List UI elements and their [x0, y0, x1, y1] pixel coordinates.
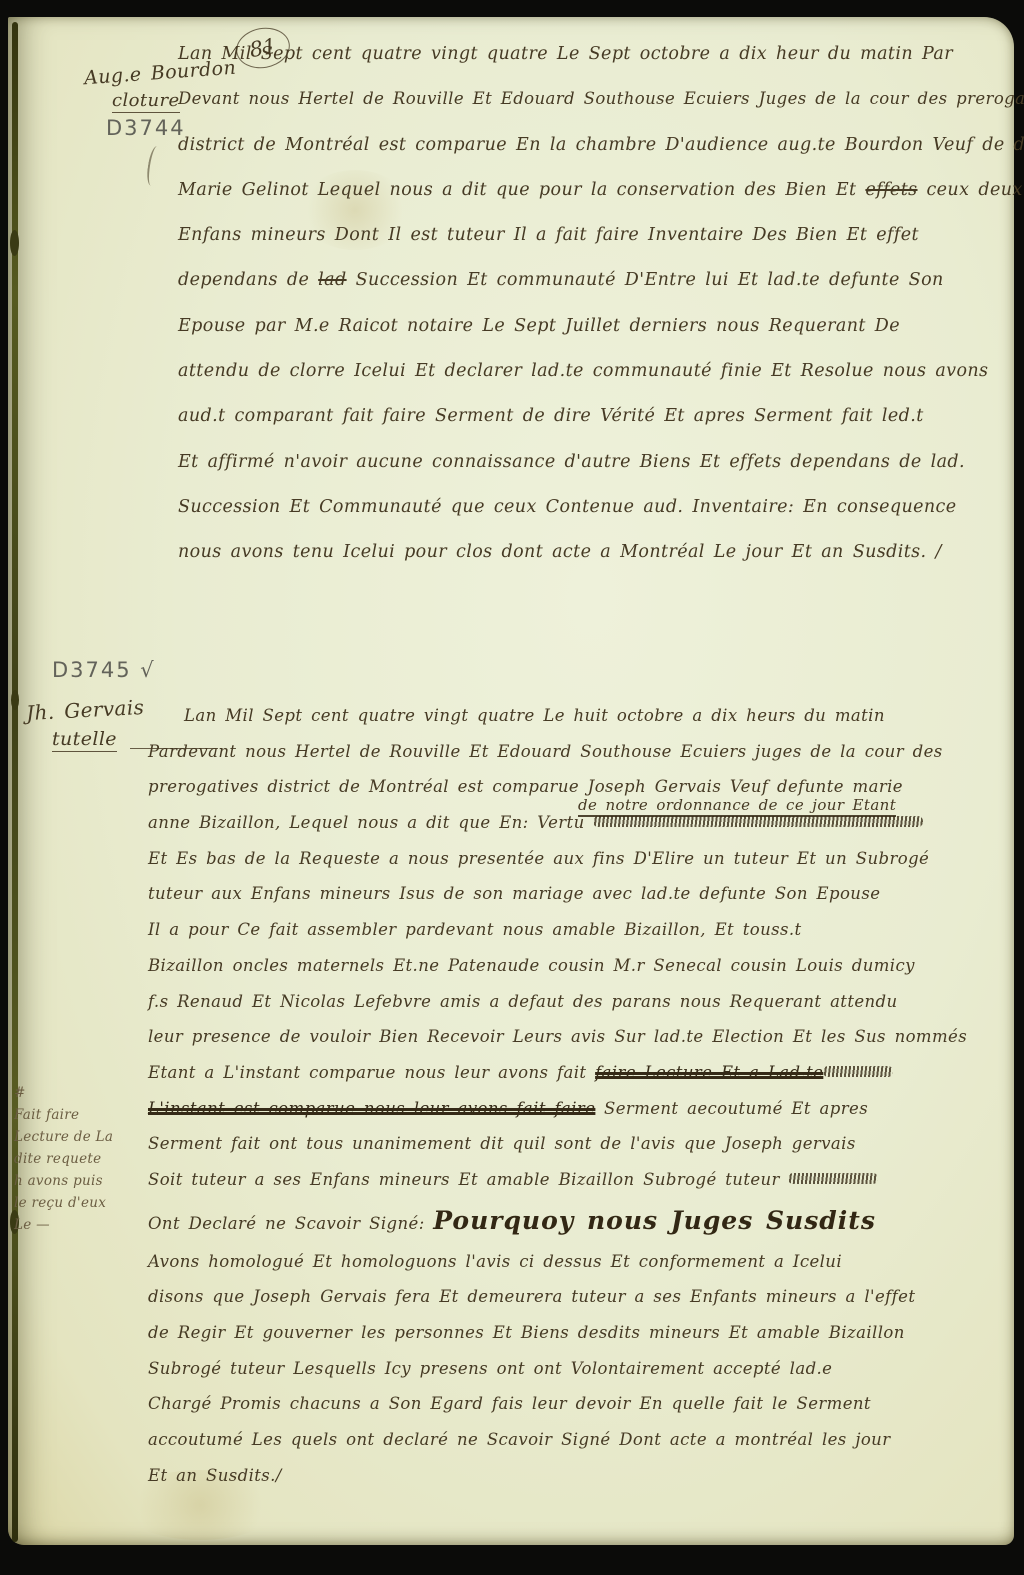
text-line: leur presence de vouloir Bien Recevoir L… — [148, 1027, 1016, 1063]
margin-note-line: le reçu d'eux — [14, 1192, 164, 1214]
inserted-text: de notre ordonnance de ce jour Etant — [578, 796, 896, 817]
text-line: district de Montréal est comparue En la … — [178, 135, 1020, 180]
text-line: Chargé Promis chacuns a Son Egard fais l… — [148, 1394, 1016, 1430]
scribble-mark — [788, 1173, 878, 1184]
text-line: Et affirmé n'avoir aucune connaissance d… — [178, 452, 1020, 497]
emphasized-text: Pourquoy nous Juges Susdits — [433, 1206, 876, 1235]
text-line: Etant a L'instant comparue nous leur avo… — [148, 1063, 1016, 1099]
struck-text: faire Lecture Et a Lad.te — [595, 1063, 823, 1082]
text-line: L'instant est comparue nous leur avons f… — [148, 1099, 1016, 1135]
text-line: Enfans mineurs Dont Il est tuteur Il a f… — [178, 225, 1020, 270]
text-line: disons que Joseph Gervais fera Et demeur… — [148, 1287, 1016, 1323]
text-line: Pardevant nous Hertel de Rouville Et Edo… — [148, 742, 1016, 778]
archive-code-2: D3745 √ — [52, 658, 156, 682]
text-line: Serment fait ont tous unanimement dit qu… — [148, 1134, 1016, 1170]
archive-code-1: D3744 — [106, 116, 186, 140]
margin-note-line: dite requete — [14, 1148, 164, 1170]
text-line: Bizaillon oncles maternels Et.ne Patenau… — [148, 956, 1016, 992]
margin-note-line: h avons puis — [14, 1170, 164, 1192]
text-line: Et Es bas de la Requeste a nous presenté… — [148, 849, 1016, 885]
text-line: Il a pour Ce fait assembler pardevant no… — [148, 920, 1016, 956]
text-line: anne Bizaillon, Lequel nous a dit que En… — [148, 813, 1016, 849]
text-line: accoutumé Les quels ont declaré ne Scavo… — [148, 1430, 1016, 1466]
margin-entry2-type: tutelle — [52, 728, 117, 752]
struck-text: L'instant est comparue nous leur avons f… — [148, 1099, 595, 1118]
text-line: Et an Susdits./ — [148, 1466, 1016, 1502]
margin-note-line: Le — — [14, 1214, 164, 1236]
text-line: Soit tuteur a ses Enfans mineurs Et amab… — [148, 1170, 1016, 1206]
text-line: aud.t comparant fait faire Serment de di… — [178, 406, 1020, 451]
text-line: f.s Renaud Et Nicolas Lefebvre amis a de… — [148, 992, 1016, 1028]
text-line: attendu de clorre Icelui Et declarer lad… — [178, 361, 1020, 406]
struck-text: lad — [318, 270, 346, 290]
text-line: Subrogé tuteur Lesquells Icy presens ont… — [148, 1359, 1016, 1395]
text-line: de Regir Et gouverner les personnes Et B… — [148, 1323, 1016, 1359]
text-line: Marie Gelinot Lequel nous a dit que pour… — [178, 180, 1020, 225]
text-line: Epouse par M.e Raicot notaire Le Sept Ju… — [178, 316, 1020, 361]
binding-blot — [10, 230, 19, 256]
text-line: Lan Mil Sept cent quatre vingt quatre Le… — [178, 44, 1020, 89]
scribble-mark — [593, 816, 923, 827]
margin-note-line: Lecture de La — [14, 1126, 164, 1148]
text-line: Devant nous Hertel de Rouville Et Edouar… — [178, 89, 1020, 134]
text-line: Ont Declaré ne Scavoir Signé: Pourquoy n… — [148, 1206, 1016, 1252]
text-line: Lan Mil Sept cent quatre vingt quatre Le… — [148, 706, 1016, 742]
scanned-manuscript: { "palette": { "background": "#0b0b09", … — [0, 0, 1024, 1575]
text-line: Succession Et Communauté que ceux Conten… — [178, 497, 1020, 542]
text-line: Avons homologué Et homologuons l'avis ci… — [148, 1252, 1016, 1288]
binding-blot — [11, 690, 19, 710]
struck-text: effets — [865, 180, 917, 200]
scribble-mark — [823, 1066, 893, 1077]
margin-note-line: Fait faire — [14, 1104, 164, 1126]
text-line: tuteur aux Enfans mineurs Isus de son ma… — [148, 884, 1016, 920]
entry1-text: Lan Mil Sept cent quatre vingt quatre Le… — [178, 44, 1020, 588]
text-line: dependans de lad Succession Et communaut… — [178, 270, 1020, 315]
text-line: nous avons tenu Icelui pour clos dont ac… — [178, 542, 1020, 587]
margin-entry1-type: cloture — [112, 90, 180, 113]
entry2-text: Lan Mil Sept cent quatre vingt quatre Le… — [148, 706, 1016, 1501]
margin-note: # Fait faire Lecture de La dite requete … — [14, 1082, 164, 1236]
margin-note-mark: # — [14, 1082, 164, 1104]
